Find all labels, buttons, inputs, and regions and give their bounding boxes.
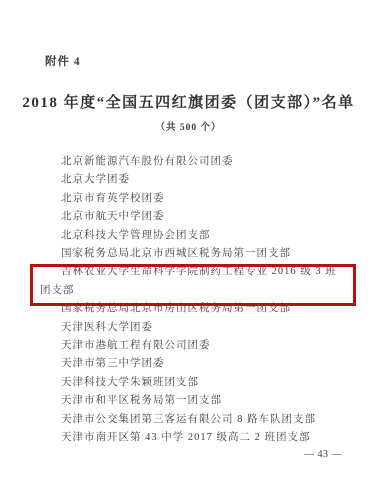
list-item: 国家税务总局北京市西城区税务局第一团支部 [40,245,347,263]
page-title: 2018 年度“全国五四红旗团委（团支部）”名单 [0,91,377,112]
page-number: — 43 — [304,449,342,460]
attachment-label: 附件 4 [45,53,81,69]
list-item: 天津市南开区第 43 中学 2017 级高二 2 班团支部 [40,429,347,447]
list-item: 北京市育英学校团委 [40,190,347,208]
list-item: 北京大学团委 [40,171,347,189]
list-item: 北京市航天中学团委 [40,208,347,226]
list-item: 天津市港航工程有限公司团委 [40,337,347,355]
list-item: 天津市公交集团第三客运有限公司 8 路车队团支部 [40,411,347,429]
list-item: 北京科技大学管理协会团支部 [40,227,347,245]
list-item: 国家税务总局北京市房山区税务局第一团支部 [40,300,347,318]
page-subtitle: （共 500 个） [0,119,377,133]
list-item: 北京新能源汽车股份有限公司团委 [40,153,347,171]
list-item-highlighted: 吉林农业大学生命科学学院制药工程专业 2016 级 3 班团支部 [40,263,347,300]
award-list: 北京新能源汽车股份有限公司团委 北京大学团委 北京市育英学校团委 北京市航天中学… [40,153,347,448]
list-item: 天津市和平区税务局第一团支部 [40,392,347,410]
document-page: 附件 4 2018 年度“全国五四红旗团委（团支部）”名单 （共 500 个） … [0,0,377,500]
list-item: 天津科技大学朱颖班团支部 [40,374,347,392]
list-item: 天津市第三中学团委 [40,355,347,373]
list-item: 天津医科大学团委 [40,319,347,337]
